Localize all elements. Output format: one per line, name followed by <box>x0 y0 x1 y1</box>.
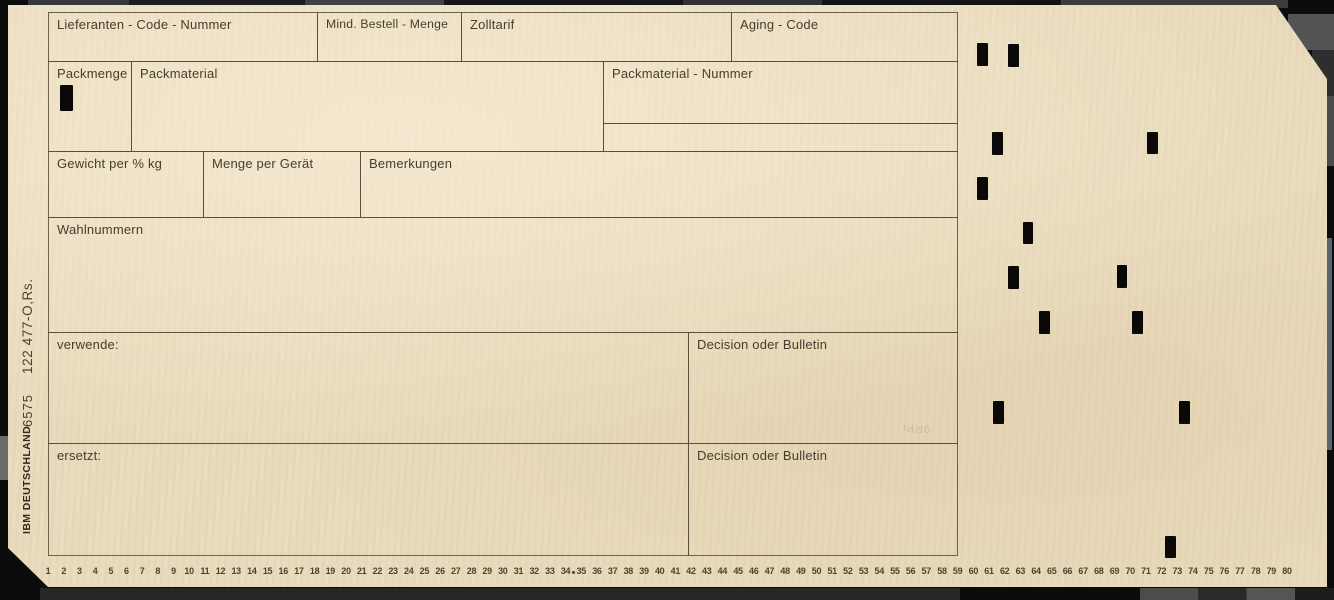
column-number: 58 <box>934 566 950 576</box>
column-number: 49 <box>793 566 809 576</box>
field-zolltarif: Zolltarif <box>461 12 732 62</box>
column-number: 13 <box>228 566 244 576</box>
column-number: 31 <box>511 566 527 576</box>
column-number: 75 <box>1201 566 1217 576</box>
punch-hole <box>1008 44 1019 67</box>
field-label: Bemerkungen <box>361 152 957 171</box>
field-lieferanten-code-nummer: Lieferanten - Code - Nummer <box>48 12 318 62</box>
field-label: Decision oder Bulletin <box>689 444 957 463</box>
column-number: 35 <box>573 566 589 576</box>
column-number: 74 <box>1185 566 1201 576</box>
field-packmaterial-nummer-strip <box>603 123 958 152</box>
column-number: 21 <box>354 566 370 576</box>
field-label: Packmenge <box>49 62 131 81</box>
column-number: 55 <box>887 566 903 576</box>
column-number: 71 <box>1138 566 1154 576</box>
column-number: 47 <box>761 566 777 576</box>
field-ersetzt: ersetzt: <box>48 443 689 556</box>
ink-bleed-mark: 0RPr <box>901 421 930 434</box>
column-number: 29 <box>479 566 495 576</box>
column-number: 24 <box>401 566 417 576</box>
column-number: 37 <box>605 566 621 576</box>
column-number: 41 <box>667 566 683 576</box>
field-verwende: verwende: <box>48 332 689 444</box>
edge-print-stock-number: 6575 <box>20 394 35 427</box>
column-number: 54 <box>871 566 887 576</box>
field-wahlnummern: Wahlnummern <box>48 217 958 333</box>
punch-hole <box>60 85 73 111</box>
column-number: 52 <box>840 566 856 576</box>
field-label: Packmaterial <box>132 62 603 81</box>
column-number: 4 <box>87 566 103 576</box>
column-number: 14 <box>244 566 260 576</box>
column-number: 28 <box>463 566 479 576</box>
punch-hole <box>1117 265 1127 288</box>
column-number: 70 <box>1122 566 1138 576</box>
column-number: 68 <box>1091 566 1107 576</box>
field-mind-bestell-menge: Mind. Bestell - Menge <box>317 12 462 62</box>
column-number: 22 <box>369 566 385 576</box>
field-label: Gewicht per % kg <box>49 152 203 171</box>
column-number: 3 <box>71 566 87 576</box>
punch-hole <box>977 43 988 66</box>
field-label: verwende: <box>49 333 688 352</box>
field-label: Lieferanten - Code - Nummer <box>49 13 317 32</box>
column-number: 53 <box>856 566 872 576</box>
column-number: 73 <box>1169 566 1185 576</box>
column-number: 17 <box>291 566 307 576</box>
column-number: 42 <box>683 566 699 576</box>
column-number: 60 <box>965 566 981 576</box>
field-aging-code: Aging - Code <box>731 12 958 62</box>
column-number: 30 <box>495 566 511 576</box>
field-label: Packmaterial - Nummer <box>604 62 957 81</box>
column-number: 10 <box>181 566 197 576</box>
column-number: 40 <box>652 566 668 576</box>
field-label: Aging - Code <box>732 13 957 32</box>
column-number: 8 <box>150 566 166 576</box>
punch-hole <box>977 177 988 200</box>
column-number: 79 <box>1263 566 1279 576</box>
photo-background: Lieferanten - Code - Nummer Mind. Bestel… <box>0 0 1334 600</box>
column-number: 64 <box>1028 566 1044 576</box>
field-label: ersetzt: <box>49 444 688 463</box>
column-number: 39 <box>636 566 652 576</box>
column-number: 25 <box>416 566 432 576</box>
punch-hole <box>1179 401 1190 424</box>
column-number: 19 <box>322 566 338 576</box>
column-number: 16 <box>275 566 291 576</box>
column-number: 38 <box>620 566 636 576</box>
column-number: 23 <box>385 566 401 576</box>
column-number: 6 <box>118 566 134 576</box>
field-label: Mind. Bestell - Menge <box>318 13 461 31</box>
field-label: Wahlnummern <box>49 218 957 237</box>
column-number: 51 <box>824 566 840 576</box>
punch-hole <box>1023 222 1033 244</box>
column-number: 27 <box>448 566 464 576</box>
column-number: 50 <box>808 566 824 576</box>
punch-hole <box>1008 266 1019 289</box>
punch-hole <box>992 132 1003 155</box>
field-decision-oder-bulletin-2: Decision oder Bulletin <box>688 443 958 556</box>
punch-hole <box>1147 132 1158 154</box>
column-number: 5 <box>103 566 119 576</box>
column-number: 67 <box>1075 566 1091 576</box>
column-number: 69 <box>1106 566 1122 576</box>
punch-hole <box>1132 311 1143 334</box>
field-gewicht-per-kg: Gewicht per % kg <box>48 151 204 218</box>
column-number: 43 <box>699 566 715 576</box>
column-number: 33 <box>542 566 558 576</box>
field-bemerkungen: Bemerkungen <box>360 151 958 218</box>
column-number: 15 <box>260 566 276 576</box>
column-number: 66 <box>1059 566 1075 576</box>
edge-print-form-number: 122 477-O,Rs. <box>20 278 35 374</box>
column-number: 80 <box>1279 566 1295 576</box>
field-label: Zolltarif <box>462 13 731 32</box>
column-number: 1 <box>40 566 56 576</box>
field-label: Decision oder Bulletin <box>689 333 957 352</box>
column-number: 56 <box>903 566 919 576</box>
field-packmaterial-nummer: Packmaterial - Nummer <box>603 61 958 124</box>
background-artifact <box>1140 588 1334 600</box>
field-packmaterial: Packmaterial <box>131 61 604 152</box>
punch-hole <box>993 401 1004 424</box>
punch-hole <box>1039 311 1050 334</box>
column-number: 61 <box>981 566 997 576</box>
column-number: 78 <box>1248 566 1264 576</box>
column-number: 72 <box>1154 566 1170 576</box>
edge-print-manufacturer: IBM DEUTSCHLAND <box>21 426 33 534</box>
column-number: 18 <box>307 566 323 576</box>
column-number: 20 <box>338 566 354 576</box>
column-number: 2 <box>56 566 72 576</box>
background-artifact <box>40 588 960 600</box>
column-number: 57 <box>918 566 934 576</box>
field-label: Menge per Gerät <box>204 152 360 171</box>
column-number: 11 <box>197 566 213 576</box>
column-number: 65 <box>1044 566 1060 576</box>
column-number: 12 <box>213 566 229 576</box>
column-number: 36 <box>589 566 605 576</box>
column-number: 26 <box>432 566 448 576</box>
column-number: 59 <box>950 566 966 576</box>
punch-hole <box>1165 536 1176 558</box>
field-menge-per-geraet: Menge per Gerät <box>203 151 361 218</box>
column-number: 48 <box>777 566 793 576</box>
column-number: 32 <box>526 566 542 576</box>
column-number: 62 <box>997 566 1013 576</box>
column-number: 77 <box>1232 566 1248 576</box>
column-number: 76 <box>1216 566 1232 576</box>
column-number: 44 <box>714 566 730 576</box>
column-number: 63 <box>1012 566 1028 576</box>
column-number: 34 <box>558 566 574 576</box>
column-number: 45 <box>730 566 746 576</box>
background-artifact <box>0 436 8 480</box>
column-number: 46 <box>746 566 762 576</box>
column-number: 9 <box>165 566 181 576</box>
column-number: 7 <box>134 566 150 576</box>
